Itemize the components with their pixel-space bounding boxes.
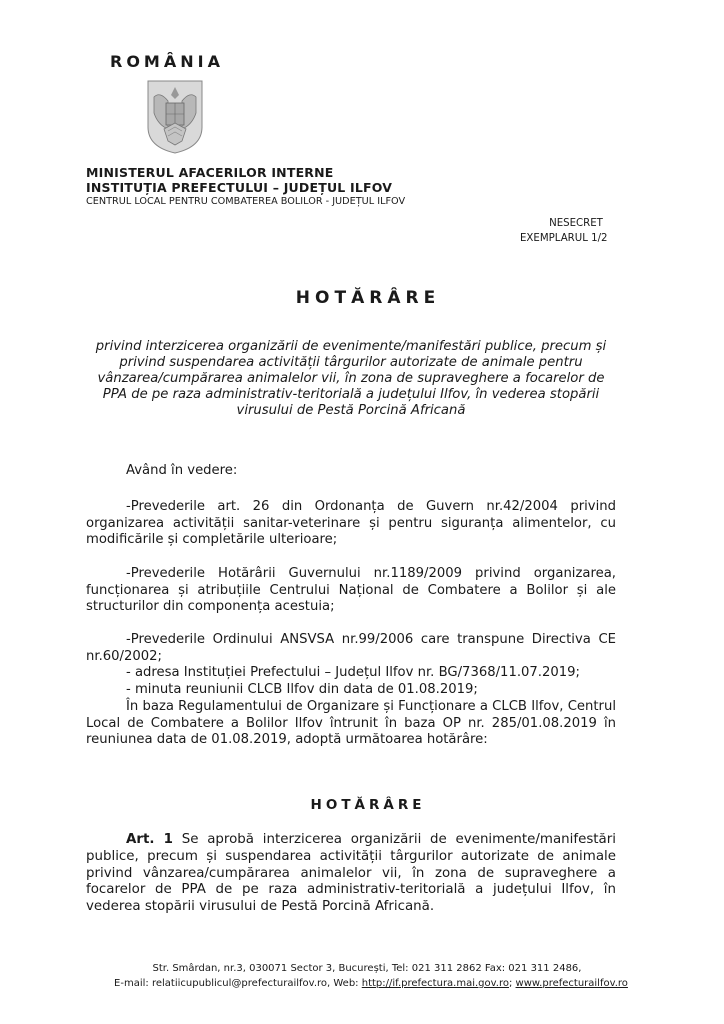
preamble-intro: Având în vedere: <box>86 463 616 480</box>
document-subtitle: privind interzicerea organizării de even… <box>86 339 616 419</box>
preamble-item: - minuta reuniunii CLCB Ilfov din data d… <box>86 682 616 699</box>
preamble-item: -Prevederile Hotărârii Guvernului nr.118… <box>86 566 616 616</box>
footer-address: Str. Smârdan, nr.3, 030071 Sector 3, Buc… <box>0 963 724 974</box>
web-label: , Web: <box>327 978 362 989</box>
copy-number: EXEMPLARUL 1/2 <box>520 233 608 244</box>
preamble-item: -Prevederile Ordinului ANSVSA nr.99/2006… <box>86 632 616 665</box>
country-heading: ROMÂNIA <box>110 52 224 71</box>
center-name: CENTRUL LOCAL PENTRU COMBATEREA BOLILOR … <box>86 196 405 207</box>
document-title: HOTĂRÂRE <box>0 288 724 308</box>
email-link[interactable]: relatiicupublicul@prefecturailfov.ro <box>152 978 327 989</box>
article-label: Art. 1 <box>126 832 173 847</box>
footer-contact: E-mail: relatiicupublicul@prefecturailfo… <box>0 978 724 989</box>
classification-label: NESECRET <box>540 218 612 229</box>
website-link-2[interactable]: www.prefecturailfov.ro <box>516 978 628 989</box>
preamble-item: -Prevederile art. 26 din Ordonanța de Gu… <box>86 499 616 549</box>
article-1: Art. 1 Se aprobă interzicerea organizări… <box>86 832 616 916</box>
institution-name: INSTITUȚIA PREFECTULUI – JUDEȚUL ILFOV <box>86 180 392 195</box>
coat-of-arms-icon <box>146 79 204 155</box>
preamble-item: În baza Regulamentului de Organizare și … <box>86 699 616 749</box>
email-label: E-mail: <box>114 978 152 989</box>
decision-title: HOTĂRÂRE <box>0 797 724 813</box>
preamble-item: - adresa Instituției Prefectului – Județ… <box>86 665 616 682</box>
ministry-name: MINISTERUL AFACERILOR INTERNE <box>86 165 334 180</box>
website-link[interactable]: http://if.prefectura.mai.gov.ro <box>362 978 509 989</box>
